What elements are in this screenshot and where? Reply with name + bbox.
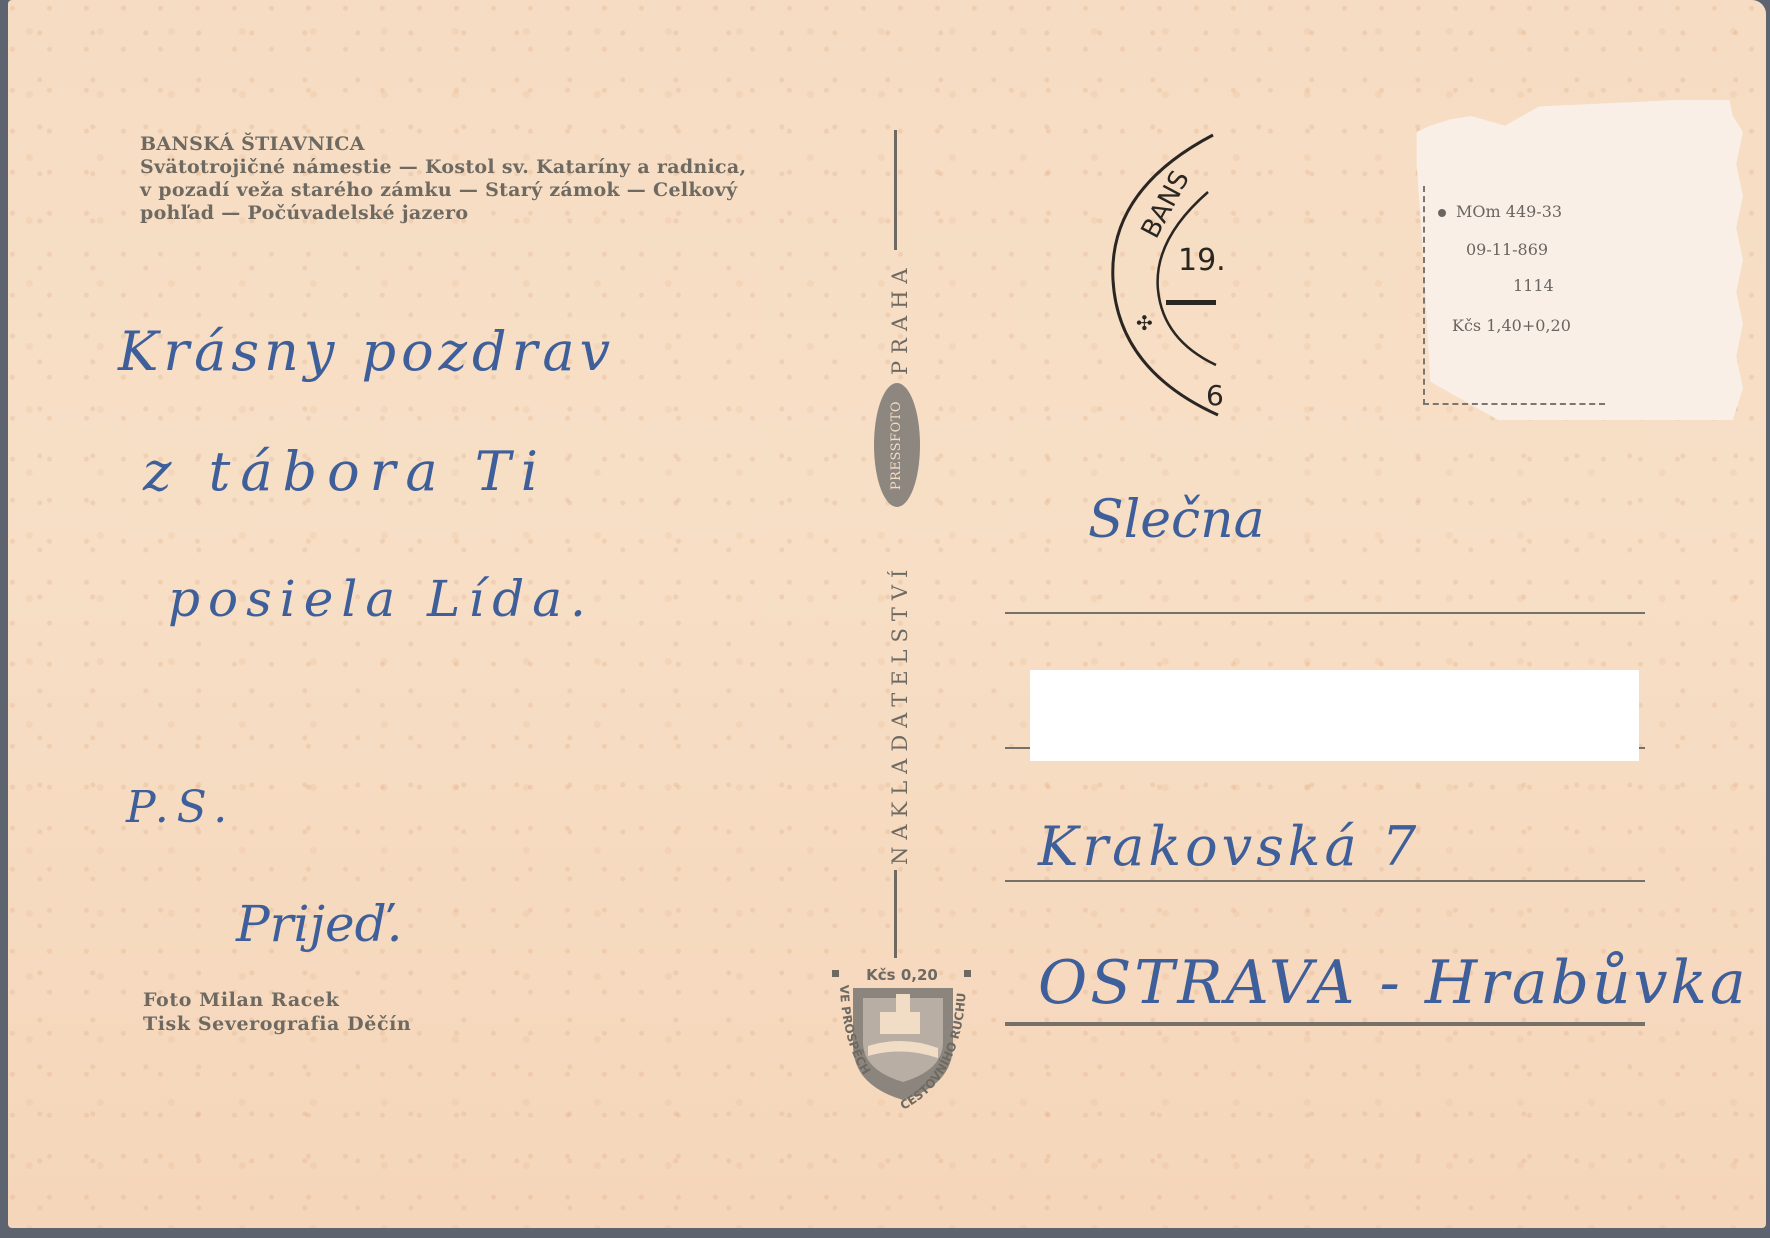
- message-closing: Prijeď.: [236, 895, 403, 953]
- credits-block: Foto Milan Racek Tisk Severografia Děčín: [143, 988, 411, 1036]
- caption-line: v pozadí veža starého zámku — Starý zámo…: [140, 179, 746, 202]
- svg-text:✣: ✣: [1136, 311, 1153, 335]
- message-line: Krásny pozdrav: [118, 320, 615, 383]
- redacted-name: [1030, 670, 1639, 761]
- caption-block: BANSKÁ ŠTIAVNICA Svätotrojičné námestie …: [140, 133, 746, 225]
- caption-title: BANSKÁ ŠTIAVNICA: [140, 133, 746, 156]
- address-salutation: Slečna: [1088, 490, 1265, 550]
- pressfoto-logo-text: PRESSFOTO: [890, 400, 905, 489]
- svg-text:Kčs 0,20: Kčs 0,20: [866, 966, 938, 984]
- divider-bottom: [894, 870, 897, 958]
- credit-print: Tisk Severografia Děčín: [143, 1012, 411, 1036]
- postcard-back: BANSKÁ ŠTIAVNICA Svätotrojičné námestie …: [8, 0, 1766, 1228]
- address-line-1: [1005, 612, 1645, 614]
- address-city: OSTRAVA - Hrabůvka: [1038, 948, 1749, 1018]
- caption-line: pohľad — Počúvadelské jazero: [140, 202, 746, 225]
- meter-date: 09-11-869: [1466, 240, 1548, 259]
- caption-line: Svätotrojičné námestie — Kostol sv. Kata…: [140, 156, 746, 179]
- credit-photo: Foto Milan Racek: [143, 988, 411, 1012]
- publisher-name: NAKLADATELSTVÍ: [888, 563, 912, 865]
- address-street: Krakovská 7: [1038, 815, 1420, 878]
- pressfoto-logo: PRESSFOTO: [874, 383, 920, 507]
- meter-code: MOm 449-33: [1438, 202, 1562, 221]
- svg-text:19.: 19.: [1178, 243, 1226, 278]
- svg-text:6: 6: [1206, 379, 1224, 412]
- message-line: z tábora Ti: [143, 440, 548, 503]
- meter-code-text: MOm 449-33: [1456, 202, 1562, 221]
- meter-number: 1114: [1513, 276, 1554, 295]
- publisher-city: PRAHA: [888, 261, 912, 375]
- meter-price: Kčs 1,40+0,20: [1452, 316, 1571, 335]
- meter-dot-icon: [1438, 209, 1446, 217]
- postmark-icon: BANS 19. 6 ✣: [1098, 130, 1248, 420]
- address-line-4: [1005, 1022, 1645, 1026]
- svg-text:BANS: BANS: [1136, 166, 1196, 243]
- address-line-3: [1005, 880, 1645, 882]
- message-ps: P.S.: [126, 782, 235, 833]
- divider-top: [894, 130, 897, 250]
- message-line: posiela Lída.: [168, 570, 594, 628]
- charity-stamp-icon: Kčs 0,20 VE PROSPĚCH CESTOVNÍHO RUCHU: [818, 950, 988, 1120]
